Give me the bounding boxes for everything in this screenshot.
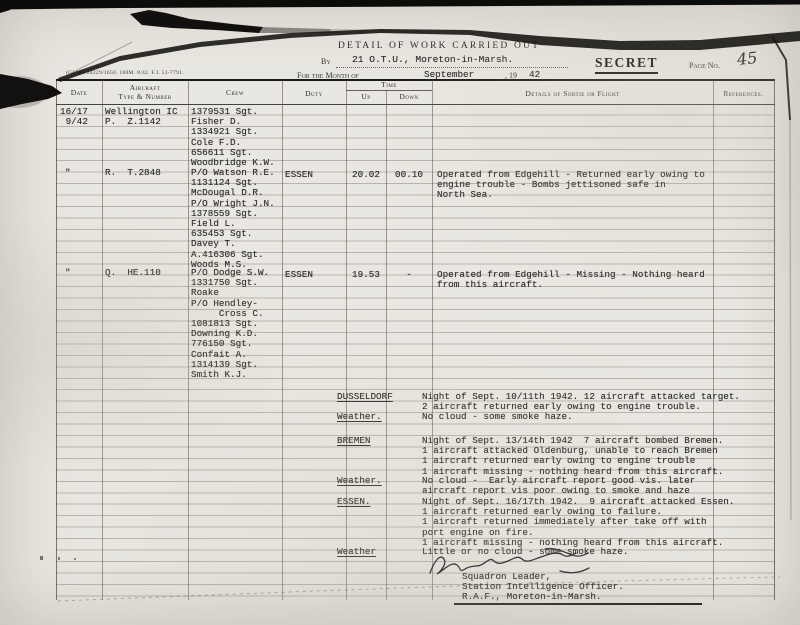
year-prefix: , 19 (505, 71, 517, 80)
form-print-code: (G) Wt. 24229/1650. 180M. 8/42. F.J. 51-… (66, 70, 184, 76)
scanned-operations-record-page: { "form_meta": { "print_code": "(G) Wt. … (0, 0, 800, 625)
time-header-rule (346, 90, 432, 91)
weather-label: Weather. (337, 476, 382, 486)
col-header-details: Details of Sortie or Flight (432, 90, 713, 99)
table-right-border (774, 80, 775, 600)
entry-crew: P/O Watson R.E. 1131124 Sgt. McDougal D.… (191, 168, 275, 270)
month-value: September (424, 70, 474, 80)
weather-label: Weather (337, 547, 376, 557)
left-edge-blotch (0, 74, 62, 109)
entry-duty: ESSEN (285, 270, 313, 280)
page-number-label: Page No. (689, 61, 720, 70)
signature-block-underline (454, 603, 702, 605)
entry-time-up: 20.02 (346, 170, 386, 180)
operations-table: Date Aircraft Type & Number Crew Duty Ti… (56, 80, 775, 600)
classification-stamp: SECRET (595, 55, 658, 74)
entry-details: Operated from Edgehill - Missing - Nothi… (437, 270, 705, 290)
entry-aircraft: Q. HE.110 (105, 268, 161, 278)
page-title: DETAIL OF WORK CARRIED OUT (338, 41, 540, 51)
col-divider-aircraft-crew (188, 80, 189, 600)
right-edge-faint (790, 120, 791, 520)
col-header-time: Time (346, 81, 432, 90)
entry-aircraft: Wellington IC P. Z.1142 (105, 107, 178, 127)
speck (40, 556, 43, 560)
col-header-duty: Duty (282, 90, 346, 99)
col-header-up: Up (346, 93, 386, 102)
section-text: Night of Sept. 13/14th 1942 7 aircraft b… (422, 436, 723, 477)
form-dotted-line (336, 67, 568, 68)
left-edge-shadow (0, 76, 48, 108)
scan-corner-blob (0, 0, 14, 13)
entry-aircraft: R. T.2848 (105, 168, 161, 178)
section-text: Night of Sept. 16/17th 1942. 9 aircraft … (422, 497, 734, 548)
page-number-handwritten: 45 (736, 48, 758, 69)
table-left-border (56, 80, 57, 600)
col-divider-up-down (386, 90, 387, 600)
torn-edge-fade-2 (330, 29, 420, 33)
entry-duty: ESSEN (285, 170, 313, 180)
col-header-crew: Crew (188, 89, 282, 98)
col-header-aircraft: Aircraft Type & Number (102, 84, 188, 101)
col-divider-date-aircraft (102, 80, 103, 600)
entry-details: Operated from Edgehill - Returned early … (437, 170, 705, 201)
col-divider-duty-time (346, 80, 347, 600)
unit-name: 21 O.T.U., Moreton-in-Marsh. (352, 55, 513, 65)
torn-edge-blob (130, 10, 263, 33)
col-divider-crew-duty (282, 80, 283, 600)
weather-text: Little or no cloud - some smoke haze. (422, 547, 628, 557)
weather-label: Weather. (337, 412, 382, 422)
entry-crew: P/O Dodge S.W. 1331750 Sgt. Roake P/O He… (191, 268, 269, 380)
entry-date: 16/17 9/42 (60, 107, 88, 127)
entry-date-ditto: " (65, 268, 71, 278)
signatory-station: R.A.F., Moreton-in-Marsh. (462, 592, 601, 602)
weather-text: No cloud - some smoke haze. (422, 412, 573, 422)
month-label: For the Month of (297, 71, 359, 80)
entry-time-up: 19.53 (346, 270, 386, 280)
year-value: 42 (529, 70, 540, 80)
header-bottom-rule (56, 104, 775, 105)
section-label-bremen: BREMEN (337, 436, 370, 446)
by-label: By (321, 57, 331, 66)
section-text: Night of Sept. 10/11th 1942. 12 aircraft… (422, 392, 740, 412)
col-header-date: Date (56, 89, 102, 98)
section-label-dusseldorf: DUSSELDORF (337, 392, 393, 402)
col-header-down: Down (386, 93, 432, 102)
torn-edge-fade (259, 27, 332, 33)
weather-text: No cloud - Early aircraft report good vi… (422, 476, 695, 496)
section-label-essen: ESSEN. (337, 497, 370, 507)
col-header-references: References. (713, 91, 774, 100)
entry-crew: 1379531 Sgt. Fisher D. 1334921 Sgt. Cole… (191, 107, 275, 168)
scan-top-strip (0, 0, 800, 10)
entry-time-down: - (386, 270, 432, 280)
entry-date-ditto: " (65, 168, 71, 178)
entry-time-down: 00.10 (386, 170, 432, 180)
